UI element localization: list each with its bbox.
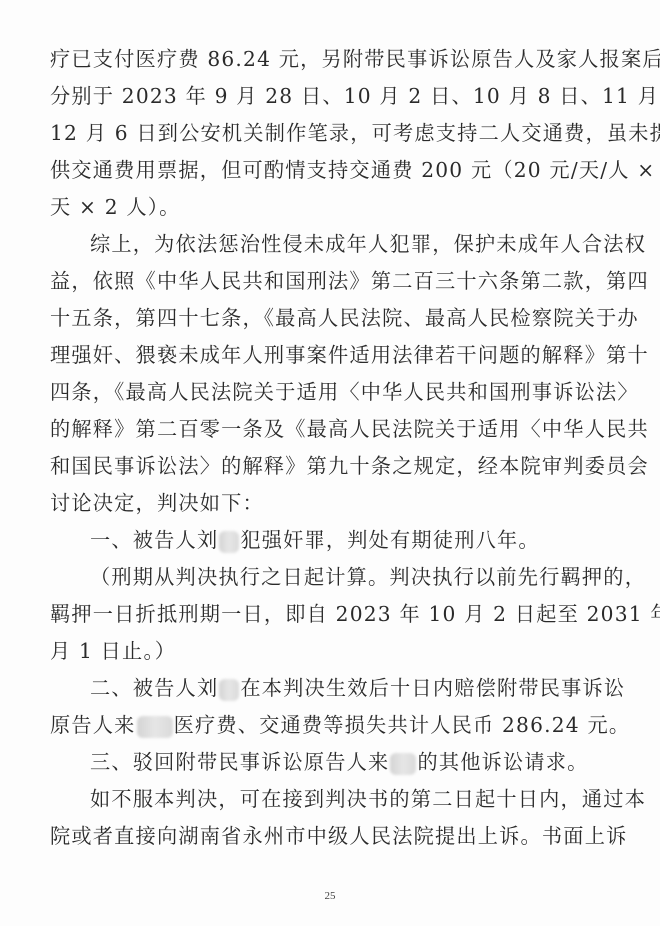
text-line: 讨论决定，判决如下： (50, 488, 614, 518)
text-line: 天 × 2 人）。 (50, 192, 614, 222)
text-line: 分别于 2023 年 9 月 28 日、10 月 2 日、10 月 8 日、11… (50, 81, 614, 111)
verdict-1-prefix: 一、被告人刘 (90, 528, 218, 552)
sentence-term-line: （刑期从判决执行之日起计算。判决执行以前先行羁押的， (90, 562, 614, 592)
verdict-item-2-continued: 原告人来医疗费、交通费等损失共计人民币 286.24 元。 (50, 710, 614, 740)
text-line: 羁押一日折抵刑期一日，即自 2023 年 10 月 2 日起至 2031 年 1… (50, 599, 614, 629)
text-line: 月 1 日止。） (50, 636, 614, 666)
page-number: 25 (0, 890, 660, 902)
text-line: 十五条，第四十七条，《最高人民法院、最高人民检察院关于办 (50, 303, 614, 333)
verdict-1-text: 犯强奸罪，判处有期徒刑八年。 (240, 528, 539, 552)
text-line: 的解释》第二百零一条及《最高人民法院关于适用〈中华人民共 (50, 414, 614, 444)
text-line: 院或者直接向湖南省永州市中级人民法院提出上诉。书面上诉 (50, 821, 614, 851)
redacted-name (219, 679, 239, 701)
text-line: 和国民事诉讼法〉的解释》第九十条之规定，经本院审判委员会 (50, 451, 614, 481)
verdict-3-prefix: 三、驳回附带民事诉讼原告人来 (90, 750, 389, 774)
redacted-name (390, 753, 416, 775)
verdict-item-3: 三、驳回附带民事诉讼原告人来的其他诉讼请求。 (90, 747, 614, 777)
redacted-name (137, 716, 173, 738)
document-page: 疗已支付医疗费 86.24 元，另附带民事诉讼原告人及家人报案后 分别于 202… (0, 0, 660, 926)
verdict-item-2: 二、被告人刘在本判决生效后十日内赔偿附带民事诉讼 (90, 673, 614, 703)
text-line: 益，依照《中华人民共和国刑法》第二百三十六条第二款，第四 (50, 266, 614, 296)
text-line: 四条，《最高人民法院关于适用〈中华人民共和国刑事诉讼法〉 (50, 377, 614, 407)
paragraph-start-line: 综上，为依法惩治性侵未成年人犯罪，保护未成年人合法权 (90, 229, 614, 259)
appeal-notice-line: 如不服本判决，可在接到判决书的第二日起十日内，通过本 (90, 784, 614, 814)
text-line: 12 月 6 日到公安机关制作笔录，可考虑支持二人交通费，虽未提 (50, 118, 614, 148)
verdict-item-1: 一、被告人刘犯强奸罪，判处有期徒刑八年。 (90, 525, 614, 555)
text-line: 疗已支付医疗费 86.24 元，另附带民事诉讼原告人及家人报案后 (50, 44, 614, 74)
verdict-2-cont-prefix: 原告人来 (50, 713, 136, 737)
redacted-name (219, 531, 239, 553)
text-line: 供交通费用票据，但可酌情支持交通费 200 元（20 元/天/人 × 5 (50, 155, 614, 185)
text-line: 理强奸、猥亵未成年人刑事案件适用法律若干问题的解释》第十 (50, 340, 614, 370)
verdict-3-text: 的其他诉讼请求。 (417, 750, 588, 774)
verdict-2-prefix: 二、被告人刘 (90, 676, 218, 700)
verdict-2-text: 在本判决生效后十日内赔偿附带民事诉讼 (240, 676, 625, 700)
verdict-2-cont-text: 医疗费、交通费等损失共计人民币 286.24 元。 (174, 713, 631, 737)
